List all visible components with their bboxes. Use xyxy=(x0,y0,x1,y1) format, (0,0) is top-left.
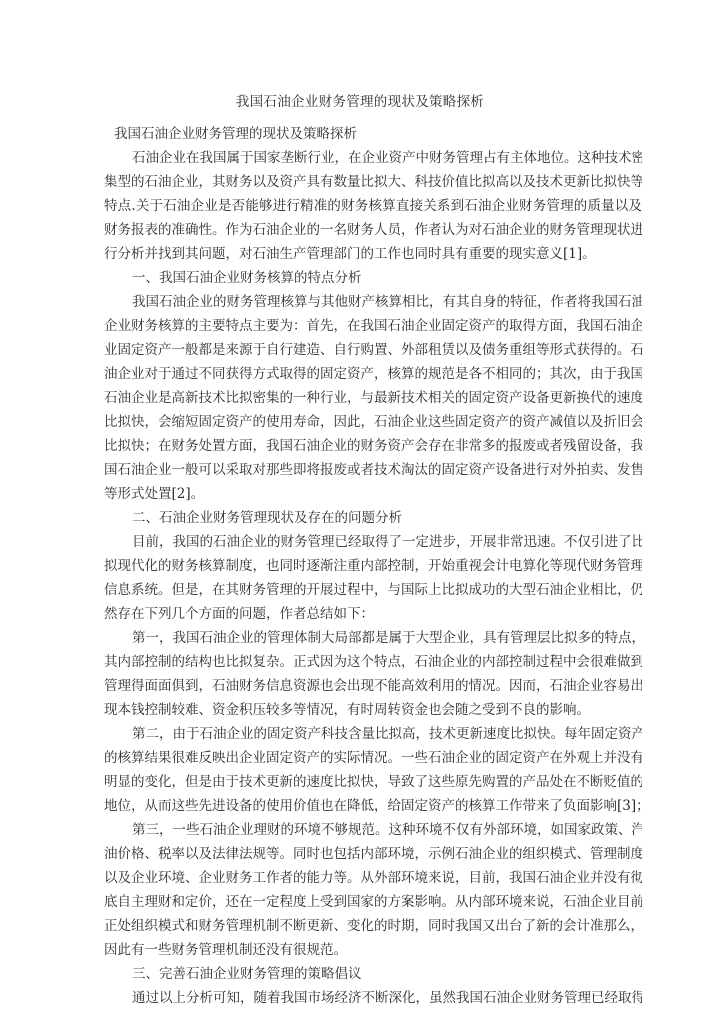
document-body: 我国石油企业财务管理的现状及策略探析 石油企业在我国属于国家垄断行业，在企业资产… xyxy=(104,122,642,1010)
text-line: 我国石油企业的财务管理核算与其他财产核算相比，有其自身的特征，作者将我国石油 xyxy=(104,290,642,314)
text-line: 通过以上分析可知，随着我国市场经济不断深化，虽然我国石油企业财务管理已经取得 xyxy=(104,986,642,1010)
document-page: 我国石油企业财务管理的现状及策略探析 我国石油企业财务管理的现状及策略探析 石油… xyxy=(0,0,720,1018)
text-line: 正处组织模式和财务管理机制不断更新、变化的时期，同时我国又出台了新的会计准那么， xyxy=(104,914,642,938)
text-line: 现本钱控制较难、资金积压较多等情况，有时周转资金也会随之受到不良的影响。 xyxy=(104,698,642,722)
text-line: 等形式处置[2]。 xyxy=(104,482,642,506)
text-line: 油价格、税率以及法律法规等。同时也包括内部环境，示例石油企业的组织模式、管理制度 xyxy=(104,842,642,866)
text-line: 然存在下列几个方面的问题，作者总结如下： xyxy=(104,602,642,626)
text-line: 石油企业是高新技术比拟密集的一种行业，与最新技术相关的固定资产设备更新换代的速度 xyxy=(104,386,642,410)
paragraph-lines: 石油企业在我国属于国家垄断行业，在企业资产中财务管理占有主体地位。这种技术密集型… xyxy=(104,146,642,1010)
text-line: 国石油企业一般可以采取对那些即将报废或者技术淘汰的固定资产设备进行对外拍卖、发售 xyxy=(104,458,642,482)
text-line: 目前，我国的石油企业的财务管理已经取得了一定进步，开展非常迅速。不仅引进了比 xyxy=(104,530,642,554)
text-line: 地位，从而这些先进设备的使用价值也在降低，给固定资产的核算工作带来了负面影响[3… xyxy=(104,794,642,818)
text-line: 比拟快；在财务处置方面，我国石油企业的财务资产会存在非常多的报废或者残留设备，我 xyxy=(104,434,642,458)
text-line: 的核算结果很难反映出企业固定资产的实际情况。一些石油企业的固定资产在外观上并没有 xyxy=(104,746,642,770)
document-subtitle: 我国石油企业财务管理的现状及策略探析 xyxy=(104,122,642,146)
text-line: 其内部控制的结构也比拟复杂。正式因为这个特点，石油企业的内部控制过程中会很难做到 xyxy=(104,650,642,674)
text-line: 集型的石油企业，其财务以及资产具有数量比拟大、科技价值比拟高以及技术更新比拟快等 xyxy=(104,170,642,194)
text-line: 企业财务核算的主要特点主要为：首先，在我国石油企业固定资产的取得方面，我国石油企 xyxy=(104,314,642,338)
text-line: 业固定资产一般都是来源于自行建造、自行购置、外部租赁以及债务重组等形式获得的。石 xyxy=(104,338,642,362)
text-line: 第二，由于石油企业的固定资产科技含量比拟高，技术更新速度比拟快。每年固定资产 xyxy=(104,722,642,746)
text-line: 底自主理财和定价，还在一定程度上受到国家的方案影响。从内部环境来说，石油企业目前 xyxy=(104,890,642,914)
text-line: 比拟快，会缩短固定资产的使用寿命，因此，石油企业这些固定资产的资产减值以及折旧会 xyxy=(104,410,642,434)
text-line: 信息系统。但是，在其财务管理的开展过程中，与国际上比拟成功的大型石油企业相比，仍 xyxy=(104,578,642,602)
text-line: 管理得面面俱到，石油财务信息资源也会出现不能高效利用的情况。因而，石油企业容易出 xyxy=(104,674,642,698)
text-line: 以及企业环境、企业财务工作者的能力等。从外部环境来说，目前，我国石油企业并没有彻 xyxy=(104,866,642,890)
text-line: 因此有一些财务管理机制还没有很规范。 xyxy=(104,938,642,962)
text-line: 拟现代化的财务核算制度，也同时逐渐注重内部控制，开始重视会计电算化等现代财务管理 xyxy=(104,554,642,578)
text-line: 行分析并找到其问题，对石油生产管理部门的工作也同时具有重要的现实意义[1]。 xyxy=(104,242,642,266)
document-title: 我国石油企业财务管理的现状及策略探析 xyxy=(0,90,720,110)
text-line: 第三，一些石油企业理财的环境不够规范。这种环境不仅有外部环境，如国家政策、汽 xyxy=(104,818,642,842)
section-heading: 三、完善石油企业财务管理的策略倡议 xyxy=(104,962,642,986)
text-line: 油企业对于通过不同获得方式取得的固定资产，核算的规范是各不相同的；其次，由于我国 xyxy=(104,362,642,386)
text-line: 特点.关于石油企业是否能够进行精准的财务核算直接关系到石油企业财务管理的质量以及 xyxy=(104,194,642,218)
text-line: 石油企业在我国属于国家垄断行业，在企业资产中财务管理占有主体地位。这种技术密 xyxy=(104,146,642,170)
text-line: 明显的变化，但是由于技术更新的速度比拟快，导致了这些原先购置的产品处在不断贬值的 xyxy=(104,770,642,794)
section-heading: 一、我国石油企业财务核算的特点分析 xyxy=(104,266,642,290)
text-line: 财务报表的准确性。作为石油企业的一名财务人员，作者认为对石油企业的财务管理现状进 xyxy=(104,218,642,242)
text-line: 第一，我国石油企业的管理体制大局部都是属于大型企业，具有管理层比拟多的特点， xyxy=(104,626,642,650)
section-heading: 二、石油企业财务管理现状及存在的问题分析 xyxy=(104,506,642,530)
